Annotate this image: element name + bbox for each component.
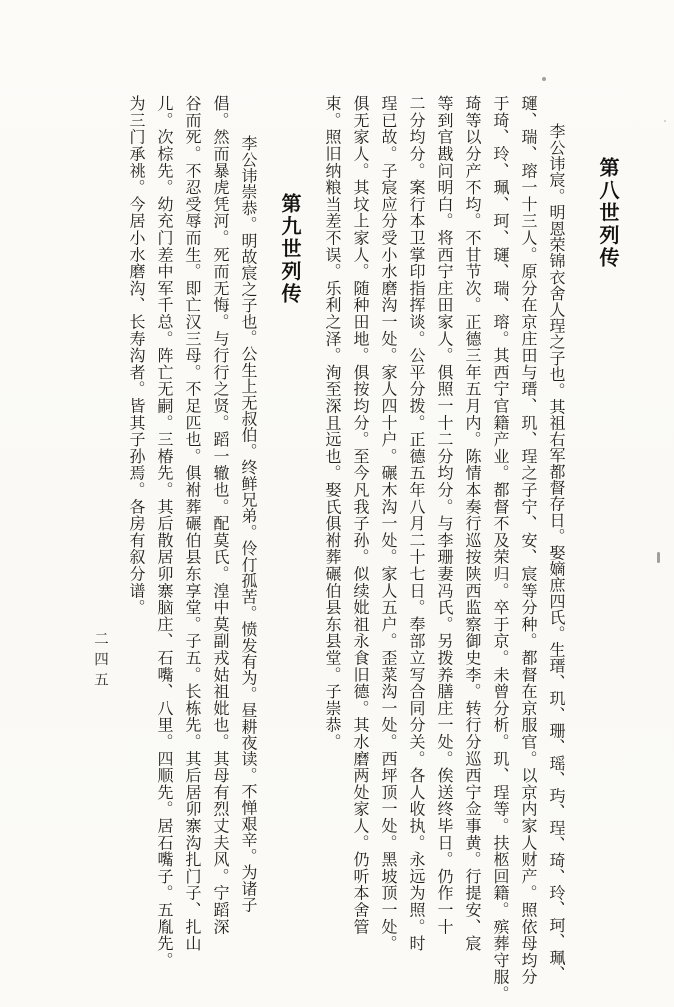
text-column: 为三门承祧。今居小水磨沟、长寿沟者。皆其子孙焉。各房有叙分谱。 (125, 95, 147, 616)
section-heading-ninth-generation: 第九世列传 (277, 193, 303, 306)
text-column: 李公讳宸。明恩荣锦衣舍人珵之子也。其祖右军都督存日。娶嫡庶四氏。生瑨、玑、珊、瑶… (545, 123, 567, 982)
page-number: 二四五 (90, 631, 110, 693)
text-column: 珵已故。子宸应分受小水磨沟一处。家人四十户。碾木沟一处。家人五户。歪菜沟一处。西… (377, 95, 399, 952)
text-column: 俱无家人。其坟上家人。随种田地。俱按均分。至今凡我子孙。似续妣祖永食旧德。其水磨… (349, 95, 371, 935)
text-column: 琦等以分产不均。不甘节次。正德三年五月内。陈情本奏行巡按陕西监察御史李。转行分巡… (461, 95, 483, 952)
scan-artifact-dot (542, 77, 546, 81)
text-column: 束。照旧纳粮当差不误。乐利之泽。洵至深且远也。娶氏俱祔葬碾伯县东县堂。子崇恭。 (321, 95, 343, 750)
text-column: 倡。然而暴虎凭河。死而无悔。与行行之贤。蹈一辙也。配莫氏。湟中莫副戎姑祖妣也。其… (209, 95, 231, 935)
scan-artifact-dot (664, 120, 666, 122)
text-column: 李公讳崇恭。明故宸之子也。公生上无叔伯。终鲜兄弟。伶仃孤苦。愤发有为。昼耕夜读。… (237, 135, 259, 913)
scanned-book-page: 第八世列传 李公讳宸。明恩荣锦衣舍人珵之子也。其祖右军都督存日。娶嫡庶四氏。生瑨… (0, 0, 674, 1007)
text-column: 璭、瑞、瑢一十三人。原分在京庄田与瑨、玑、珵之子宁、安、宸等分种。都督在京服官。… (517, 95, 539, 985)
text-column: 二分均分。案行本卫掌印指挥谈。公平分拨。正德五年八月二十七日。奉部立写合同分关。… (405, 95, 427, 952)
text-column: 等到官戡问明白。将西宁庄田家人。俱照一十二分均分。与李珊妻冯氏。另拨养膳庄一处。… (433, 95, 455, 935)
text-column: 于琦、玲、珮、珂、璭、瑞、瑢。其西宁官籍产业。都督不及荣归。卒于京。未曾分析。玑… (489, 95, 511, 1002)
text-column: 谷而死。不忍受辱而生。即亡汉三母。不足匹也。俱祔葬碾伯县东享堂。子五。长栋先。其… (181, 95, 203, 952)
scan-artifact-mark (657, 552, 660, 563)
section-heading-eighth-generation: 第八世列传 (595, 157, 621, 270)
text-column: 儿。次棕先。幼充门差中军千总。阵亡无嗣。三椿先。其后散居卯寨脑庄、石嘴、八里。四… (153, 95, 175, 969)
